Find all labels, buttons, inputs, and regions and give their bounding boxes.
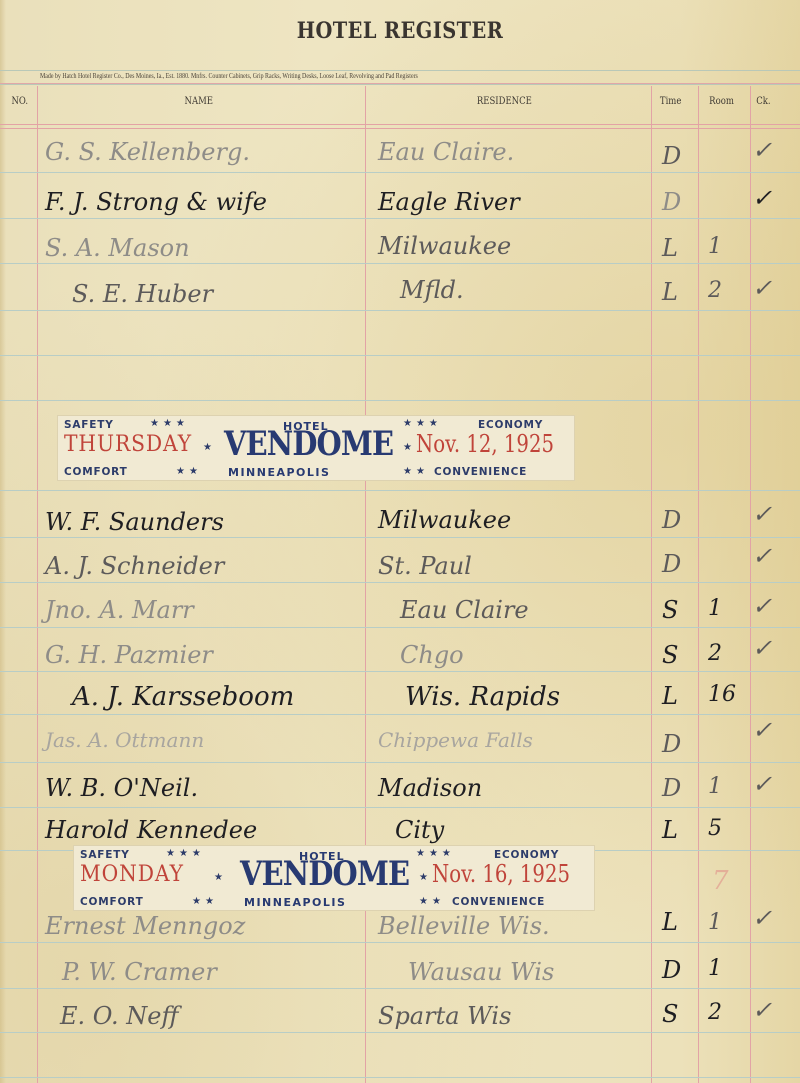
guest-time: L [662, 816, 678, 844]
check-mark: ✓ [752, 770, 772, 798]
row-rule [0, 627, 800, 628]
guest-name: G. H. Pazmier [45, 641, 213, 669]
maker-imprint: Made by Hatch Hotel Register Co., Des Mo… [40, 71, 418, 80]
guest-time: S [662, 596, 678, 624]
row-rule [0, 490, 800, 491]
guest-time: L [662, 278, 678, 306]
column-rule-no [37, 86, 38, 1083]
row-rule [0, 988, 800, 989]
guest-name: E. O. Neff [60, 1002, 179, 1030]
stamp-convenience: CONVENIENCE [452, 896, 545, 908]
stars-icon: ★★ [419, 896, 445, 907]
star-icon: ★ [419, 872, 432, 883]
guest-residence: St. Paul [378, 552, 472, 580]
guest-time: D [662, 956, 681, 984]
guest-room: 1 [708, 956, 722, 981]
guest-name: W. B. O'Neil. [45, 774, 198, 802]
row-rule [0, 942, 800, 943]
date-stamp: SAFETY ★★★ MONDAY ★ COMFORT ★★ HOTEL VEN… [74, 846, 594, 910]
guest-time: L [662, 682, 678, 710]
stars-icon: ★★ [403, 466, 429, 477]
guest-time: D [662, 188, 681, 216]
guest-residence: Chgo [400, 641, 464, 669]
column-header-room: Room [709, 96, 734, 107]
guest-name: W. F. Saunders [45, 508, 224, 536]
row-rule [0, 671, 800, 672]
stamp-safety: SAFETY [80, 849, 130, 861]
check-mark: ✓ [752, 904, 772, 932]
stamp-date: Nov. 16, 1925 [432, 860, 570, 888]
guest-name: A. J. Karsseboom [72, 682, 294, 712]
guest-time: D [662, 774, 681, 802]
guest-time: S [662, 1000, 678, 1028]
column-header-ck: Ck. [756, 96, 770, 107]
guest-residence: Eagle River [378, 188, 520, 216]
row-rule [0, 582, 800, 583]
column-header-no: NO. [11, 96, 28, 107]
guest-room: 1 [708, 774, 722, 799]
check-mark: ✓ [752, 592, 772, 620]
column-rule-residence [365, 86, 366, 1083]
check-mark: ✓ [752, 500, 772, 528]
stars-icon: ★★★ [166, 848, 205, 859]
guest-residence: City [395, 816, 444, 844]
stamp-city: MINNEAPOLIS [244, 896, 346, 909]
guest-residence: Chippewa Falls [378, 728, 533, 752]
row-rule [0, 714, 800, 715]
row-rule [0, 762, 800, 763]
stamp-day: MONDAY [80, 862, 184, 887]
guest-name: Harold Kennedee [45, 816, 257, 844]
guest-residence: Milwaukee [378, 506, 511, 534]
row-rule [0, 355, 800, 356]
column-header-name: NAME [185, 96, 213, 107]
star-icon: ★ [214, 872, 227, 883]
guest-name: P. W. Cramer [62, 958, 217, 986]
guest-name: Jas. A. Ottmann [45, 728, 204, 752]
guest-name: G. S. Kellenberg. [45, 138, 250, 166]
stamp-convenience: CONVENIENCE [434, 466, 527, 478]
guest-room: 2 [708, 278, 722, 303]
row-rule [0, 310, 800, 311]
guest-residence: Eau Claire [400, 596, 529, 624]
row-rule [0, 807, 800, 808]
date-stamp: SAFETY ★★★ THURSDAY ★ COMFORT ★★ HOTEL V… [58, 416, 574, 480]
margin-mark: 7 [712, 866, 729, 896]
row-rule [0, 1077, 800, 1078]
row-rule [0, 218, 800, 219]
guest-residence: Sparta Wis [378, 1002, 511, 1030]
guest-time: D [662, 142, 681, 170]
stamp-comfort: COMFORT [64, 466, 128, 478]
guest-time: D [662, 550, 681, 578]
guest-room: 5 [708, 816, 722, 841]
star-icon: ★ [403, 442, 416, 453]
guest-name: Jno. A. Marr [45, 596, 194, 624]
star-icon: ★ [203, 442, 216, 453]
guest-name: S. E. Huber [72, 280, 213, 308]
check-mark: ✓ [752, 996, 772, 1024]
stamp-safety: SAFETY [64, 419, 114, 431]
stars-icon: ★★★ [403, 418, 442, 429]
guest-name: Ernest Menngoz [45, 912, 245, 940]
guest-time: S [662, 641, 678, 669]
check-mark: ✓ [752, 136, 772, 164]
guest-time: D [662, 730, 681, 758]
guest-name: S. A. Mason [45, 234, 190, 262]
row-rule [0, 400, 800, 401]
guest-time: L [662, 908, 678, 936]
column-rule-time [651, 86, 652, 1083]
guest-name: A. J. Schneider [45, 552, 224, 580]
check-mark: ✓ [752, 716, 772, 744]
stamp-day: THURSDAY [64, 432, 192, 457]
stars-icon: ★★ [192, 896, 218, 907]
header-rule [0, 84, 800, 85]
guest-name: F. J. Strong & wife [45, 188, 267, 216]
guest-room: 2 [708, 1000, 722, 1025]
stars-icon: ★★ [176, 466, 202, 477]
check-mark: ✓ [752, 542, 772, 570]
guest-room: 16 [708, 682, 736, 707]
guest-residence: Mfld. [400, 276, 464, 304]
check-mark: ✓ [752, 274, 772, 302]
guest-room: 1 [708, 234, 722, 259]
guest-room: 2 [708, 641, 722, 666]
row-rule [0, 1032, 800, 1033]
stars-icon: ★★★ [150, 418, 189, 429]
stamp-hotel-name: VENDOME [224, 424, 393, 464]
stamp-comfort: COMFORT [80, 896, 144, 908]
register-page: HOTEL REGISTER Made by Hatch Hotel Regis… [0, 0, 800, 1083]
check-mark: ✓ [752, 184, 772, 212]
column-rule-room [698, 86, 699, 1083]
stamp-hotel-name: VENDOME [240, 854, 409, 894]
check-mark: ✓ [752, 634, 772, 662]
guest-residence: Madison [378, 774, 482, 802]
guest-room: 1 [708, 910, 722, 935]
guest-residence: Belleville Wis. [378, 912, 550, 940]
guest-time: D [662, 506, 681, 534]
row-rule [0, 172, 800, 173]
row-rule [0, 263, 800, 264]
column-header-time: Time [660, 96, 681, 107]
stars-icon: ★★★ [416, 848, 455, 859]
stamp-date: Nov. 12, 1925 [416, 430, 554, 458]
guest-time: L [662, 234, 678, 262]
guest-residence: Milwaukee [378, 232, 511, 260]
column-rule-ck [750, 86, 751, 1083]
row-rule [0, 537, 800, 538]
page-title: HOTEL REGISTER [48, 18, 752, 44]
guest-room: 1 [708, 596, 722, 621]
guest-residence: Eau Claire. [378, 138, 514, 166]
header-bottom-rule [0, 124, 800, 125]
header-bottom-rule [0, 128, 800, 129]
guest-residence: Wausau Wis [408, 958, 554, 986]
column-header-residence: RESIDENCE [477, 96, 532, 107]
stamp-city: MINNEAPOLIS [228, 466, 330, 479]
guest-residence: Wis. Rapids [405, 682, 560, 712]
